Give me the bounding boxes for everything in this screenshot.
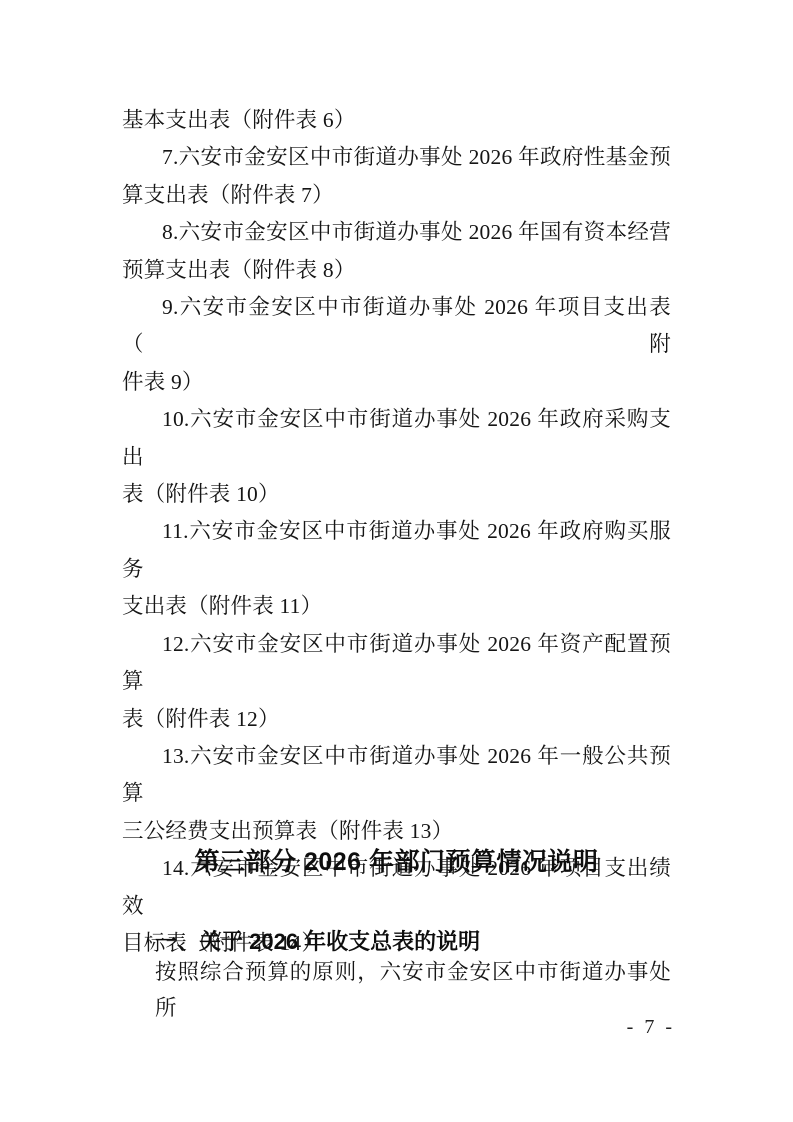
attachment-line: 12.六安市金安区中市街道办事处 2026 年资产配置预算: [122, 626, 671, 701]
page-number: - 7 -: [627, 1016, 675, 1039]
attachment-line: 11.六安市金安区中市街道办事处 2026 年政府购买服务: [122, 513, 671, 588]
attachment-line: 预算支出表（附件表 8）: [122, 252, 671, 289]
attachment-line: 支出表（附件表 11）: [122, 588, 671, 625]
document-page: 基本支出表（附件表 6）7.六安市金安区中市街道办事处 2026 年政府性基金预…: [0, 0, 793, 1122]
attachment-list: 基本支出表（附件表 6）7.六安市金安区中市街道办事处 2026 年政府性基金预…: [122, 102, 671, 962]
body-paragraph: 按照综合预算的原则，六安市金安区中市街道办事处所: [122, 954, 671, 1026]
attachment-line: 件表 9）: [122, 364, 671, 401]
attachment-line: 10.六安市金安区中市街道办事处 2026 年政府采购支出: [122, 401, 671, 476]
attachment-line: 8.六安市金安区中市街道办事处 2026 年国有资本经营: [122, 214, 671, 251]
attachment-line: 算支出表（附件表 7）: [122, 177, 671, 214]
section-heading: 第三部分 2026 年部门预算情况说明: [122, 843, 671, 881]
attachment-line: 9.六安市金安区中市街道办事处 2026 年项目支出表（附: [122, 289, 671, 364]
attachment-line: 13.六安市金安区中市街道办事处 2026 年一般公共预算: [122, 738, 671, 813]
attachment-line: 7.六安市金安区中市街道办事处 2026 年政府性基金预: [122, 139, 671, 176]
attachment-line: 表（附件表 12）: [122, 701, 671, 738]
attachment-line: 表（附件表 10）: [122, 476, 671, 513]
attachment-line: 基本支出表（附件表 6）: [122, 102, 671, 139]
